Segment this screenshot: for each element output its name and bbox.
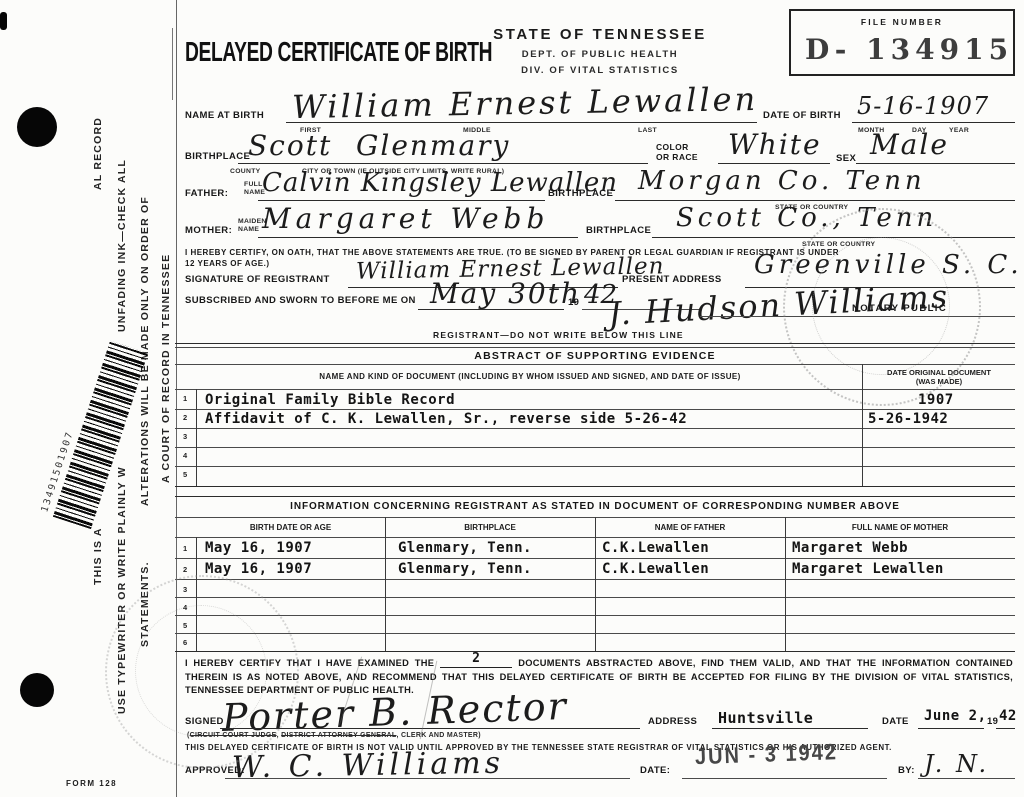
evidence-header-top-rule [175, 364, 1015, 365]
approved-date-label: DATE: [640, 765, 670, 776]
evidence-col-date-header-line2: (WAS MADE) [864, 377, 1014, 386]
division-name: DIV. OF VITAL STATISTICS [462, 65, 738, 76]
signed-underline [220, 728, 640, 729]
registrant-col-rule-1 [385, 517, 386, 651]
evidence-header-bottom-rule [175, 389, 1015, 390]
punch-hole-top [17, 107, 57, 147]
state-name: STATE OF TENNESSEE [462, 26, 738, 43]
birthplace-underline [238, 163, 648, 164]
birthplace-label: BIRTHPLACE [185, 151, 250, 162]
page-edge-mark [0, 12, 7, 30]
dept-name: DEPT. OF PUBLIC HEALTH [462, 49, 738, 60]
race-label-line1: COLOR [656, 142, 689, 152]
form-left-border-inner [172, 28, 173, 100]
signed-date-underline [918, 728, 984, 729]
punch-hole-bottom [20, 673, 54, 707]
dob-underline [852, 122, 1015, 123]
race-label-line2: OR RACE [656, 152, 698, 162]
section-double-rule-bottom [175, 347, 1015, 348]
sex-label: SEX [836, 153, 856, 164]
margin-note-record-bottom: THIS IS A [92, 513, 106, 585]
registrant-col-place-header: BIRTHPLACE [385, 523, 595, 532]
approved-signature-value: W. C. Williams [232, 746, 505, 786]
signed-year-prefix: 19 [987, 716, 998, 727]
approved-by-value: J. N. [924, 750, 989, 778]
registrant-col-father-header: NAME OF FATHER [595, 523, 785, 532]
file-number-stamp: D- 134915 [805, 33, 1013, 66]
sworn-year-prefix: 19 [568, 297, 579, 308]
oath-text-line2: 12 YEARS OF AGE.) [185, 259, 270, 268]
sworn-label: SUBSCRIBED AND SWORN TO BEFORE ME ON [185, 295, 416, 306]
registrant-row-number: 1 [183, 544, 187, 553]
father-birthplace-label: BIRTHPLACE [548, 188, 613, 199]
evidence-row-date: 5-26-1942 [868, 411, 948, 427]
agency-block: STATE OF TENNESSEE DEPT. OF PUBLIC HEALT… [462, 26, 738, 76]
margin-note-ink-top: UNFADING INK—CHECK ALL [116, 110, 130, 332]
registrant-row-place: Glenmary, Tenn. [398, 540, 532, 556]
evidence-bottom-rule [175, 486, 1015, 487]
approved-date-underline [682, 778, 887, 779]
registrant-col-rule-2 [595, 517, 596, 651]
mother-label: MOTHER: [185, 225, 232, 236]
registrant-row-mother: Margaret Lewallen [792, 561, 944, 577]
approved-by-underline [918, 778, 1015, 779]
father-label: FATHER: [185, 188, 228, 199]
name-at-birth-value: William Ernest Lewallen [292, 80, 759, 126]
file-number-box: FILE NUMBER D- 134915 [789, 9, 1015, 76]
court-seal-stamp-inner [135, 605, 267, 737]
date-of-birth-value: 5-16-1907 [857, 92, 989, 120]
evidence-row-number: 2 [183, 413, 187, 422]
birthplace-city-value: Glenmary [356, 129, 510, 162]
father-sub-full: FULL [244, 181, 263, 188]
evidence-row-number: 3 [183, 432, 187, 441]
evidence-row-rule-3 [175, 447, 1015, 448]
evidence-row-number: 1 [183, 394, 187, 403]
title-clerk-and-master: , CLERK AND MASTER) [396, 732, 480, 739]
name-sub-last: LAST [638, 127, 657, 134]
signed-year-underline [996, 728, 1015, 729]
sworn-date-underline [418, 309, 564, 310]
registrant-col-rule-3 [785, 517, 786, 651]
signed-address-label: ADDRESS [648, 716, 697, 727]
form-title: DELAYED CERTIFICATE OF BIRTH [185, 36, 492, 69]
present-address-label: PRESENT ADDRESS [622, 274, 722, 285]
sex-value: Male [870, 128, 949, 161]
approved-date-stamp: JUN - 3 1942 [695, 740, 839, 771]
evidence-row-document: Original Family Bible Record [205, 392, 455, 408]
margin-note-court: A COURT OF RECORD IN TENNESSEE [160, 165, 174, 483]
registrant-signature-label: SIGNATURE OF REGISTRANT [185, 274, 330, 285]
signed-date-value: June 2, [924, 708, 987, 724]
evidence-number-col-rule [196, 389, 197, 486]
examiner-certification-text: I HEREBY CERTIFY THAT I HAVE EXAMINED TH… [185, 656, 1013, 698]
registrant-col-mother-header: FULL NAME OF MOTHER [785, 523, 1015, 532]
mother-sub-name: NAME [238, 226, 259, 233]
sworn-date-value: May 30th [430, 277, 581, 310]
evidence-row-document: Affidavit of C. K. Lewallen, Sr., revers… [205, 411, 687, 427]
race-underline [718, 163, 830, 164]
registrant-row-birth: May 16, 1907 [205, 540, 312, 556]
barcode: 13491501907 [53, 341, 148, 529]
registrant-row-number: 2 [183, 565, 187, 574]
registrant-table-title: INFORMATION CONCERNING REGISTRANT AS STA… [175, 501, 1015, 512]
birthplace-sub-county: COUNTY [230, 168, 261, 175]
father-birthplace-underline [615, 200, 1015, 201]
registrant-row-mother: Margaret Webb [792, 540, 908, 556]
evidence-table-title: ABSTRACT OF SUPPORTING EVIDENCE [175, 350, 1015, 362]
section-double-rule-top [175, 343, 1015, 344]
evidence-row-rule-1 [175, 409, 1015, 410]
evidence-date-col-rule [862, 364, 863, 486]
registrant-bottom-rule [175, 651, 1015, 652]
registrant-row-father: C.K.Lewallen [602, 540, 709, 556]
name-underline [286, 122, 757, 123]
sex-underline [856, 163, 1015, 164]
evidence-row-date: 1907 [918, 392, 954, 408]
registrant-section-top-rule [175, 496, 1015, 497]
approved-by-label: BY: [898, 765, 915, 776]
date-of-birth-label: DATE OF BIRTH [763, 110, 841, 121]
title-district-attorney-struck: DISTRICT ATTORNEY GENERAL [281, 732, 396, 739]
do-not-write-label: REGISTRANT—DO NOT WRITE BELOW THIS LINE [433, 330, 684, 340]
dob-sub-year: YEAR [949, 127, 969, 134]
father-birthplace-value: Morgan Co. Tenn [638, 166, 926, 196]
name-at-birth-label: NAME AT BIRTH [185, 110, 264, 121]
approved-underline [225, 778, 630, 779]
evidence-row-number: 5 [183, 470, 187, 479]
signed-date-label: DATE [882, 716, 909, 727]
evidence-row-rule-2 [175, 428, 1015, 429]
file-number-label: FILE NUMBER [791, 17, 1013, 27]
evidence-row-number: 4 [183, 451, 187, 460]
signed-address-value: Huntsville [718, 709, 813, 727]
evidence-col-document-header: NAME AND KIND OF DOCUMENT (INCLUDING BY … [200, 372, 860, 381]
birthplace-county-value: Scott [248, 129, 332, 162]
document-count-blank: 2 [440, 656, 512, 668]
evidence-col-date-header-line1: DATE ORIGINAL DOCUMENT [864, 368, 1014, 377]
registrant-row-birth: May 16, 1907 [205, 561, 312, 577]
registrant-col-birth-header: BIRTH DATE OR AGE [196, 523, 385, 532]
mother-name-value: Margaret Webb [262, 202, 549, 235]
form-number-label: FORM 128 [66, 779, 117, 788]
delayed-birth-certificate-document: AL RECORD THIS IS A UNFADING INK—CHECK A… [0, 0, 1024, 797]
document-count-value: 2 [472, 651, 480, 666]
signed-address-underline [712, 728, 868, 729]
registrant-row-place: Glenmary, Tenn. [398, 561, 532, 577]
signed-year-value: 42 [999, 708, 1017, 724]
race-value: White [728, 128, 822, 161]
registrant-row-father: C.K.Lewallen [602, 561, 709, 577]
evidence-row-rule-4 [175, 466, 1015, 467]
mother-birthplace-label: BIRTHPLACE [586, 225, 651, 236]
margin-note-alterations: ALTERATIONS WILL BE MADE ONLY ON ORDER O… [139, 112, 153, 506]
father-name-underline [258, 200, 545, 201]
mother-name-underline [258, 237, 578, 238]
margin-note-record-top: AL RECORD [92, 112, 106, 190]
